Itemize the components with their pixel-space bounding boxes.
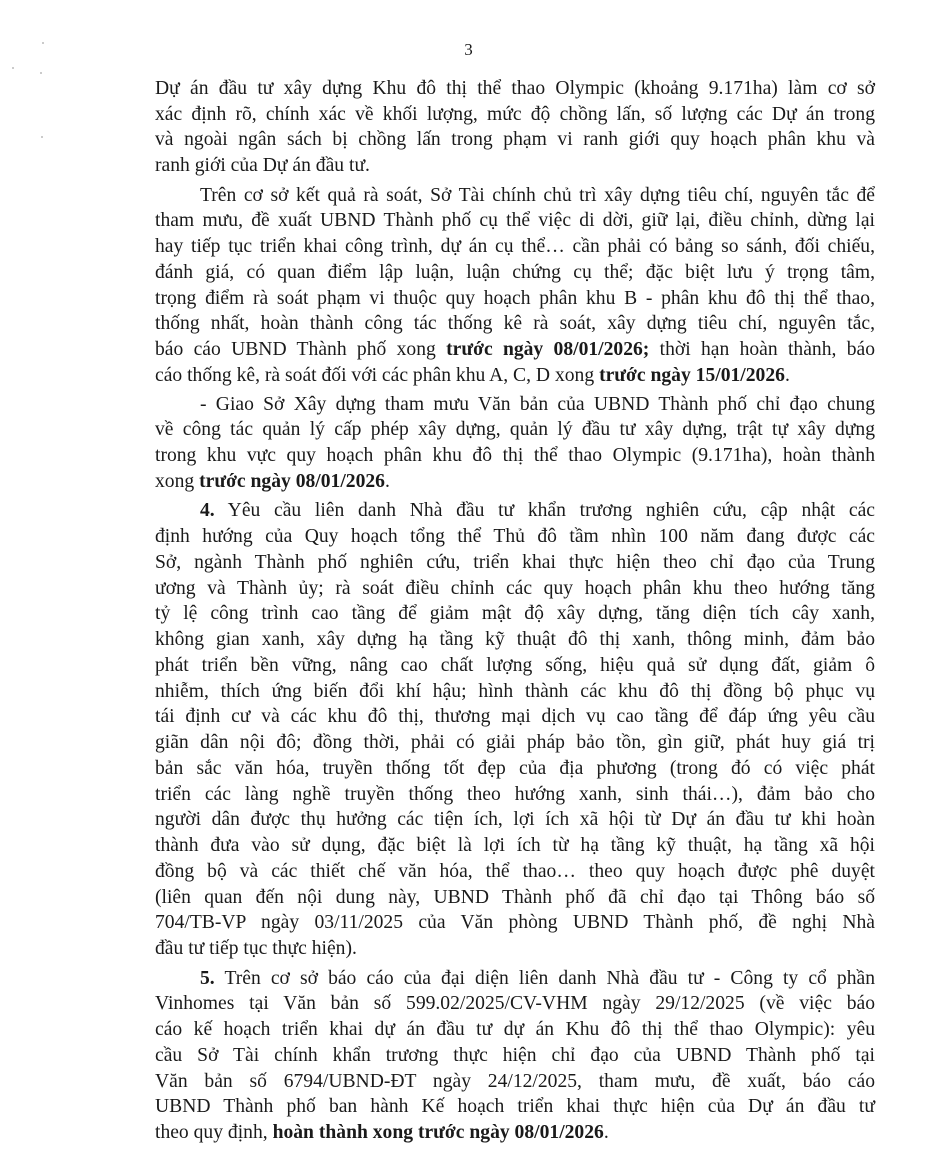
text-segment: cầu Sở Tài chính khẩn trương thực hiện c… bbox=[155, 1045, 875, 1066]
text-segment: Văn bản số 6794/UBND-ĐT ngày 24/12/2025,… bbox=[155, 1071, 875, 1092]
text-segment: tham mưu, đề xuất UBND Thành phố cụ thể … bbox=[155, 210, 875, 231]
text-line: giãn dân nội đô; đồng thời, phải có giải… bbox=[155, 729, 875, 757]
text-line: 5. Trên cơ sở báo cáo của đại diện liên … bbox=[200, 965, 875, 993]
text-segment: Dự án đầu tư xây dựng Khu đô thị thể tha… bbox=[155, 78, 875, 99]
text-line: đánh giá, có quan điểm lập luận, luận ch… bbox=[155, 259, 875, 287]
text-segment: thời hạn hoàn thành, báo bbox=[649, 339, 875, 360]
text-segment: ương và Thành ủy; rà soát điều chỉnh các… bbox=[155, 578, 875, 599]
bold-text: hoàn thành xong trước ngày 08/01/2026 bbox=[273, 1122, 604, 1143]
text-line: Văn bản số 6794/UBND-ĐT ngày 24/12/2025,… bbox=[155, 1068, 875, 1096]
text-segment: (liên quan đến nội dung này, UBND Thành … bbox=[155, 887, 875, 908]
text-segment: giãn dân nội đô; đồng thời, phải có giải… bbox=[155, 732, 875, 753]
text-segment: . bbox=[604, 1122, 609, 1143]
text-line: trong khu vực quy hoạch phân khu đô thị … bbox=[155, 442, 875, 470]
text-segment: ranh giới của Dự án đầu tư. bbox=[155, 155, 370, 176]
text-segment: báo cáo UBND Thành phố xong bbox=[155, 339, 446, 360]
text-segment: cáo kế hoạch triển khai dự án đầu tư dự … bbox=[155, 1019, 875, 1040]
text-line: xong trước ngày 08/01/2026. bbox=[155, 468, 875, 496]
text-line: cáo kế hoạch triển khai dự án đầu tư dự … bbox=[155, 1016, 875, 1044]
text-segment: 704/TB-VP ngày 03/11/2025 của Văn phòng … bbox=[155, 912, 875, 933]
scan-speck bbox=[40, 72, 42, 74]
text-segment: bản sắc văn hóa, truyền thống tốt đẹp củ… bbox=[155, 758, 875, 779]
text-line: tham mưu, đề xuất UBND Thành phố cụ thể … bbox=[155, 207, 875, 235]
text-segment: xác định rõ, chính xác về khối lượng, mứ… bbox=[155, 104, 875, 125]
text-segment: định hướng của Quy hoạch tổng thể Thủ đô… bbox=[155, 526, 875, 547]
text-segment: UBND Thành phố ban hành Kế hoạch triển k… bbox=[155, 1096, 875, 1117]
text-line: tỷ lệ công trình cao tầng để giảm mật độ… bbox=[155, 600, 875, 628]
text-line: tái định cư và các khu đô thị, thương mạ… bbox=[155, 703, 875, 731]
text-segment: Vinhomes tại Văn bản số 599.02/2025/CV-V… bbox=[155, 993, 875, 1014]
text-line: theo quy định, hoàn thành xong trước ngà… bbox=[155, 1119, 875, 1147]
text-line: cáo thống kê, rà soát đối với các phân k… bbox=[155, 362, 875, 390]
text-segment: theo quy định, bbox=[155, 1122, 273, 1143]
text-line: báo cáo UBND Thành phố xong trước ngày 0… bbox=[155, 336, 875, 364]
text-segment: thống nhất, hoàn thành công tác thống kê… bbox=[155, 313, 875, 334]
text-segment: phát triển bền vững, nâng cao chất lượng… bbox=[155, 655, 875, 676]
text-line: cầu Sở Tài chính khẩn trương thực hiện c… bbox=[155, 1042, 875, 1070]
text-line: UBND Thành phố ban hành Kế hoạch triển k… bbox=[155, 1093, 875, 1121]
text-segment: hay tiếp tục triển khai công trình, dự á… bbox=[155, 236, 875, 257]
bold-text: trước ngày 08/01/2026; bbox=[446, 339, 649, 360]
bold-text: trước ngày 08/01/2026 bbox=[199, 471, 385, 492]
text-line: hay tiếp tục triển khai công trình, dự á… bbox=[155, 233, 875, 261]
text-line: Dự án đầu tư xây dựng Khu đô thị thể tha… bbox=[155, 75, 875, 103]
text-line: ranh giới của Dự án đầu tư. bbox=[155, 152, 875, 180]
text-line: - Giao Sở Xây dựng tham mưu Văn bản của … bbox=[200, 391, 875, 419]
page-number: 3 bbox=[0, 40, 937, 60]
text-segment: trọng điểm rà soát phạm vi thuộc quy hoạ… bbox=[155, 288, 875, 309]
text-line: trọng điểm rà soát phạm vi thuộc quy hoạ… bbox=[155, 285, 875, 313]
text-segment: người dân được thụ hưởng các tiện ích, l… bbox=[155, 809, 875, 830]
text-line: về công tác quản lý cấp phép xây dựng, q… bbox=[155, 416, 875, 444]
text-segment: về công tác quản lý cấp phép xây dựng, q… bbox=[155, 419, 875, 440]
text-segment: tỷ lệ công trình cao tầng để giảm mật độ… bbox=[155, 603, 875, 624]
text-segment: đánh giá, có quan điểm lập luận, luận ch… bbox=[155, 262, 875, 283]
text-segment: triển các làng nghề truyền thống theo hư… bbox=[155, 784, 875, 805]
text-segment: - Giao Sở Xây dựng tham mưu Văn bản của … bbox=[200, 394, 875, 415]
text-segment: Trên cơ sở kết quả rà soát, Sở Tài chính… bbox=[200, 185, 875, 206]
text-segment: không gian xanh, xây dựng hạ tầng kỹ thu… bbox=[155, 629, 875, 650]
bold-text: trước ngày 15/01/2026 bbox=[599, 365, 785, 386]
text-segment: và ngoài ngân sách bị chồng lấn trong ph… bbox=[155, 129, 875, 150]
text-line: triển các làng nghề truyền thống theo hư… bbox=[155, 781, 875, 809]
text-line: Vinhomes tại Văn bản số 599.02/2025/CV-V… bbox=[155, 990, 875, 1018]
text-line: 4. Yêu cầu liên danh Nhà đầu tư khẩn trư… bbox=[200, 497, 875, 525]
bold-text: 4. bbox=[200, 500, 215, 521]
text-line: thành đưa vào sử dụng, đặc biệt là lợi í… bbox=[155, 832, 875, 860]
text-segment: nhiễm, thích ứng biến đổi khí hậu; hình … bbox=[155, 681, 875, 702]
scan-speck bbox=[42, 42, 44, 44]
text-line: người dân được thụ hưởng các tiện ích, l… bbox=[155, 806, 875, 834]
text-segment: . bbox=[785, 365, 790, 386]
text-line: Trên cơ sở kết quả rà soát, Sở Tài chính… bbox=[200, 182, 875, 210]
text-segment: . bbox=[385, 471, 390, 492]
text-segment: Yêu cầu liên danh Nhà đầu tư khẩn trương… bbox=[215, 500, 875, 521]
text-line: (liên quan đến nội dung này, UBND Thành … bbox=[155, 884, 875, 912]
scan-speck bbox=[12, 67, 14, 69]
text-segment: Trên cơ sở báo cáo của đại diện liên dan… bbox=[215, 968, 875, 989]
text-segment: thành đưa vào sử dụng, đặc biệt là lợi í… bbox=[155, 835, 875, 856]
text-line: nhiễm, thích ứng biến đổi khí hậu; hình … bbox=[155, 678, 875, 706]
bold-text: 5. bbox=[200, 968, 215, 989]
text-line: đầu tư tiếp tục thực hiện). bbox=[155, 935, 875, 963]
text-segment: Sở, ngành Thành phố nghiên cứu, triển kh… bbox=[155, 552, 875, 573]
text-line: bản sắc văn hóa, truyền thống tốt đẹp củ… bbox=[155, 755, 875, 783]
text-segment: trong khu vực quy hoạch phân khu đô thị … bbox=[155, 445, 875, 466]
text-segment: đồng bộ và các thiết chế văn hóa, thể th… bbox=[155, 861, 875, 882]
text-line: thống nhất, hoàn thành công tác thống kê… bbox=[155, 310, 875, 338]
text-segment: cáo thống kê, rà soát đối với các phân k… bbox=[155, 365, 599, 386]
text-line: Sở, ngành Thành phố nghiên cứu, triển kh… bbox=[155, 549, 875, 577]
text-line: đồng bộ và các thiết chế văn hóa, thể th… bbox=[155, 858, 875, 886]
text-line: 704/TB-VP ngày 03/11/2025 của Văn phòng … bbox=[155, 909, 875, 937]
scan-speck bbox=[41, 136, 43, 138]
text-segment: đầu tư tiếp tục thực hiện). bbox=[155, 938, 357, 959]
text-segment: tái định cư và các khu đô thị, thương mạ… bbox=[155, 706, 875, 727]
text-line: phát triển bền vững, nâng cao chất lượng… bbox=[155, 652, 875, 680]
text-line: không gian xanh, xây dựng hạ tầng kỹ thu… bbox=[155, 626, 875, 654]
text-line: định hướng của Quy hoạch tổng thể Thủ đô… bbox=[155, 523, 875, 551]
text-line: xác định rõ, chính xác về khối lượng, mứ… bbox=[155, 101, 875, 129]
text-segment: xong bbox=[155, 471, 199, 492]
text-line: ương và Thành ủy; rà soát điều chỉnh các… bbox=[155, 575, 875, 603]
text-line: và ngoài ngân sách bị chồng lấn trong ph… bbox=[155, 126, 875, 154]
